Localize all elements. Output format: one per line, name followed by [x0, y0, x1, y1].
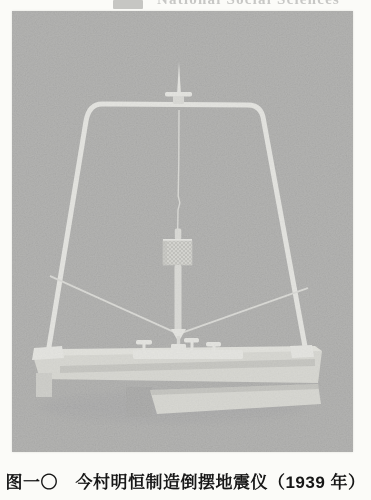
watermark-logo-icon	[113, 0, 143, 9]
scanned-book-page: National Social Sciences	[0, 0, 371, 500]
figure-caption: 图一〇 今村明恒制造倒摆地震仪（1939 年）	[0, 468, 371, 493]
grain-shadow-overlay	[12, 11, 353, 452]
seismometer-photo	[12, 11, 353, 452]
watermark-text: National Social Sciences	[157, 0, 340, 9]
watermark: National Social Sciences	[0, 0, 371, 11]
